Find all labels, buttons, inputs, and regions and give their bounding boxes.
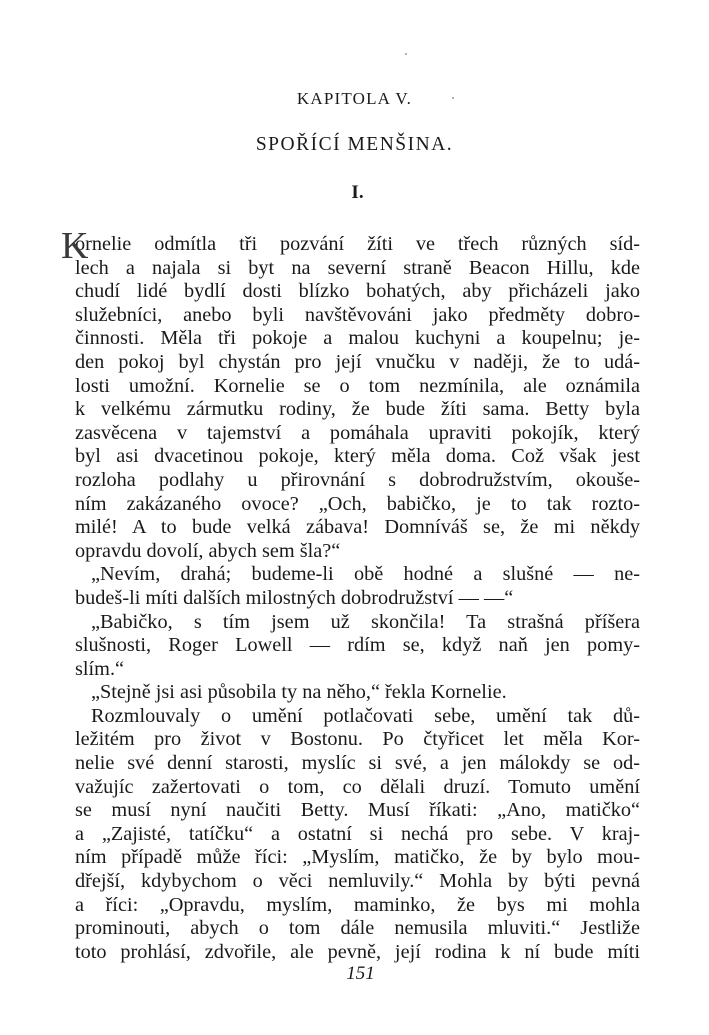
text-line: činnosti. Měla tři pokoje a malou kuchyn…: [75, 327, 640, 351]
text-line: chudí lidé bydlí dosti blízko bohatých, …: [75, 280, 640, 304]
text-line: a říci: „Opravdu, myslím, maminko, že by…: [75, 894, 640, 918]
book-page: KAPITOLA V. SPOŘÍCÍ MENŠINA. I. K orneli…: [0, 0, 709, 1035]
section-number: I.: [0, 182, 709, 204]
text-line: ležitém pro život v Bostonu. Po čtyřicet…: [75, 728, 640, 752]
text-line: slím.“: [75, 658, 640, 682]
text-line: a „Zajisté, tatíčku“ a ostatní si nechá …: [75, 823, 640, 847]
text-line: važujíc zažertovati o tom, co dělali dru…: [75, 776, 640, 800]
text-line: ním zakázaného ovoce? „Och, babičko, je …: [75, 493, 640, 517]
text-line: byl asi dvacetinou pokoje, který měla do…: [75, 445, 640, 469]
text-line: lech a najala si byt na severní straně B…: [75, 257, 640, 281]
text-line: losti umožní. Kornelie se o tom nezmínil…: [75, 375, 640, 399]
text-line: „Nevím, drahá; budeme-li obě hodné a slu…: [75, 563, 640, 587]
text-line: toto prohlásí, zdvořile, ale pevně, její…: [75, 941, 640, 965]
body-text: K ornelie odmítla tři pozvání žíti ve tř…: [75, 233, 640, 964]
text-line: „Babičko, s tím jsem už skončila! Ta str…: [75, 611, 640, 635]
drop-cap: K: [61, 227, 88, 265]
text-line: ornelie odmítla tři pozvání žíti ve třec…: [75, 233, 640, 257]
text-line: milé! A to bude velká zábava! Domníváš s…: [75, 516, 640, 540]
text-line: zasvěcena v tajemství a pomáhala upravit…: [75, 422, 640, 446]
chapter-title: SPOŘÍCÍ MENŠINA.: [0, 134, 709, 156]
text-line: služebníci, anebo byli navštěvováni jako…: [75, 304, 640, 328]
text-line: prominouti, abych o tom dále nemusila ml…: [75, 917, 640, 941]
text-line: dřejší, kdybychom o věci nemluvily.“ Moh…: [75, 870, 640, 894]
text-line: opravdu dovolí, abych sem šla?“: [75, 540, 640, 564]
text-line: slušnosti, Roger Lowell — rdím se, když …: [75, 634, 640, 658]
text-line: „Stejně jsi asi působila ty na něho,“ ře…: [75, 681, 640, 705]
scan-speck: [405, 53, 407, 55]
text-line: budeš-li míti dalších milostných dobrodr…: [75, 587, 640, 611]
chapter-label: KAPITOLA V.: [0, 89, 709, 109]
text-line: k velkému zármutku rodiny, že bude žíti …: [75, 398, 640, 422]
text-line: rozloha podlahy u přirovnání s dobrodruž…: [75, 469, 640, 493]
text-line: ním případě může říci: „Myslím, matičko,…: [75, 846, 640, 870]
text-line: Rozmlouvaly o umění potlačovati sebe, um…: [75, 705, 640, 729]
text-line: nelie své denní starosti, myslíc si své,…: [75, 752, 640, 776]
text-line: se musí nyní naučiti Betty. Musí říkati:…: [75, 799, 640, 823]
text-line: den pokoj byl chystán pro její vnučku v …: [75, 351, 640, 375]
page-number: 151: [0, 963, 709, 985]
